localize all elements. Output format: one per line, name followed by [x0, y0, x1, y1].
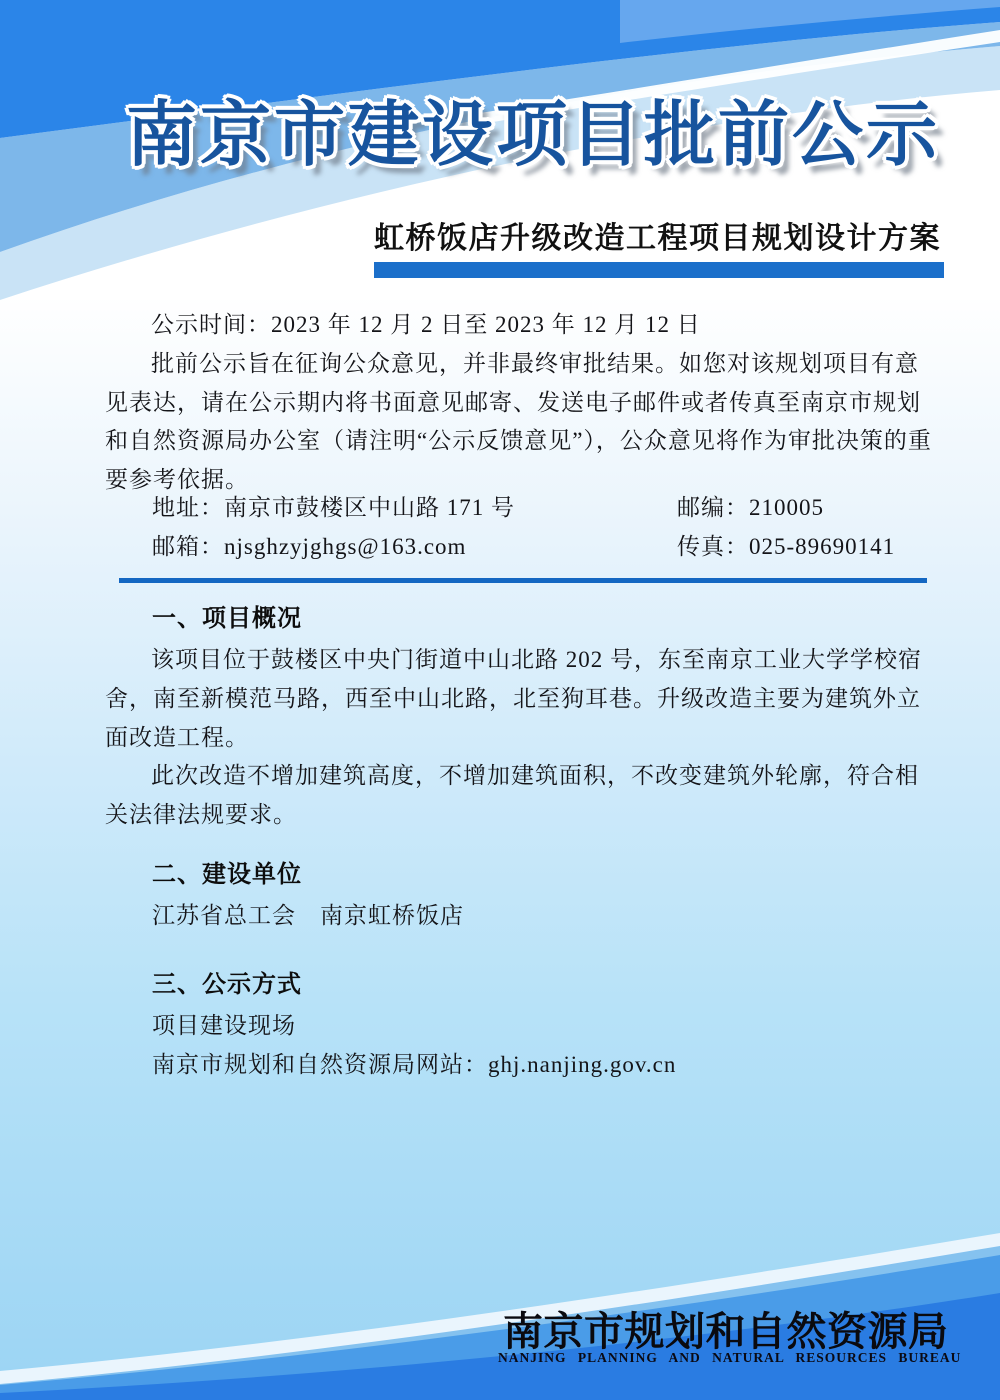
section-2-heading: 二、建设单位 [105, 858, 939, 892]
section-1-paragraph-2: 此次改造不增加建筑高度，不增加建筑面积，不改变建筑外轮廓，符合相关法律法规要求。 [105, 757, 939, 835]
project-subtitle: 虹桥饭店升级改造工程项目规划设计方案 [374, 213, 946, 257]
section-1-heading: 一、项目概况 [105, 602, 939, 636]
publicity-time-line: 公示时间：2023 年 12 月 2 日至 2023 年 12 月 12 日 [105, 306, 939, 345]
section-3-line-1: 项目建设现场 [105, 1007, 939, 1046]
page-title: 南京市建设项目批前公示 [126, 78, 940, 180]
section-1-paragraph-1: 该项目位于鼓楼区中央门街道中山北路 202 号，东至南京工业大学学校宿舍，南至新… [105, 641, 939, 757]
section-2-line-1: 江苏省总工会 南京虹桥饭店 [105, 897, 939, 936]
section-publicity-method: 三、公示方式 项目建设现场 南京市规划和自然资源局网站：ghj.nanjing.… [105, 968, 939, 1085]
section-construction-unit: 二、建设单位 江苏省总工会 南京虹桥饭店 [105, 858, 939, 936]
notice-intro-block: 公示时间：2023 年 12 月 2 日至 2023 年 12 月 12 日 批… [105, 306, 939, 500]
section-3-heading: 三、公示方式 [105, 968, 939, 1002]
section-3-line-2: 南京市规划和自然资源局网站：ghj.nanjing.gov.cn [105, 1046, 939, 1085]
subtitle-accent-bar [374, 262, 944, 278]
notice-page: 南京市建设项目批前公示 虹桥饭店升级改造工程项目规划设计方案 公示时间：2023… [0, 0, 1000, 1400]
fax-line: 传真：025-89690141 [677, 528, 895, 567]
contact-row-2: 邮箱：njsghzyjghgs@163.com 传真：025-89690141 [105, 528, 939, 567]
contact-row-1: 地址：南京市鼓楼区中山路 171 号 邮编：210005 [105, 489, 939, 528]
address-line: 地址：南京市鼓楼区中山路 171 号 [105, 495, 515, 520]
section-project-overview: 一、项目概况 该项目位于鼓楼区中央门街道中山北路 202 号，东至南京工业大学学… [105, 602, 939, 835]
email-line: 邮箱：njsghzyjghgs@163.com [105, 534, 466, 559]
section-divider-line [119, 578, 927, 583]
footer-bureau-name-en: NANJING PLANNING AND NATURAL RESOURCES B… [498, 1350, 946, 1366]
footer-bureau-name-cn: 南京市规划和自然资源局 [503, 1300, 943, 1357]
postcode-line: 邮编：210005 [677, 489, 824, 528]
contact-block: 地址：南京市鼓楼区中山路 171 号 邮编：210005 邮箱：njsghzyj… [105, 489, 939, 567]
intro-paragraph: 批前公示旨在征询公众意见，并非最终审批结果。如您对该规划项目有意见表达，请在公示… [105, 345, 939, 500]
